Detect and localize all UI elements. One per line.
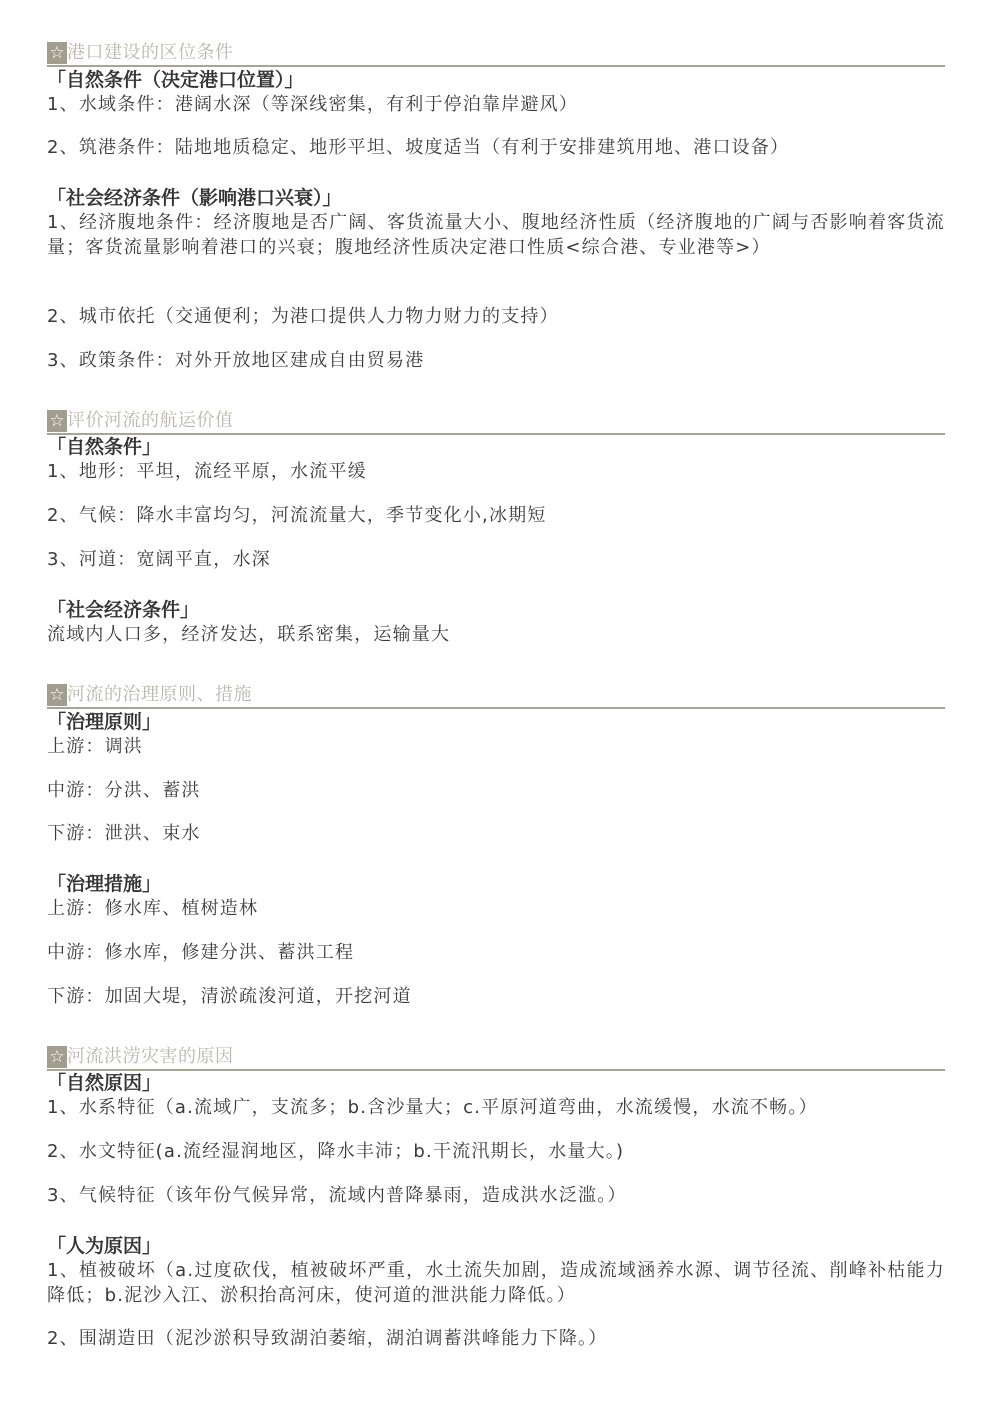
star-icon: ☆	[47, 1046, 67, 1068]
list-item: 3、河道：宽阔平直，水深	[47, 548, 947, 573]
document-page: ☆ 港口建设的区位条件 「自然条件（决定港口位置）」 1、水域条件：港阔水深（等…	[0, 0, 992, 1403]
list-item: 上游：修水库、植树造林	[47, 897, 947, 922]
list-item: 3、气候特征（该年份气候异常，流域内普降暴雨，造成洪水泛滥。）	[47, 1184, 947, 1209]
section-header-flood-causes: ☆ 河流洪涝灾害的原因	[47, 1045, 945, 1071]
list-item: 2、筑港条件：陆地地质稳定、地形平坦、坡度适当（有利于安排建筑用地、港口设备）	[47, 136, 947, 161]
list-item: 1、水系特征（a.流域广，支流多；b.含沙量大；c.平原河道弯曲，水流缓慢，水流…	[47, 1096, 947, 1121]
section-header-river-navigation: ☆ 评价河流的航运价值	[47, 409, 945, 435]
star-icon: ☆	[47, 410, 67, 432]
group-heading-natural-causes: 「自然原因」	[47, 1071, 161, 1095]
section-title: 港口建设的区位条件	[67, 42, 234, 64]
list-item: 1、地形：平坦，流经平原，水流平缓	[47, 460, 947, 485]
list-item: 上游：调洪	[47, 735, 947, 760]
group-heading-measures: 「治理措施」	[47, 872, 161, 896]
section-title: 河流的治理原则、措施	[67, 684, 252, 706]
section-title: 河流洪涝灾害的原因	[67, 1046, 234, 1068]
group-heading-principles: 「治理原则」	[47, 710, 161, 734]
list-item: 1、水域条件：港阔水深（等深线密集，有利于停泊靠岸避风）	[47, 93, 947, 118]
list-item: 2、围湖造田（泥沙淤积导致湖泊萎缩，湖泊调蓄洪峰能力下降。）	[47, 1327, 947, 1352]
list-item: 3、政策条件：对外开放地区建成自由贸易港	[47, 349, 947, 374]
section-header-port-location: ☆ 港口建设的区位条件	[47, 41, 945, 67]
list-item: 2、城市依托（交通便利；为港口提供人力物力财力的支持）	[47, 305, 947, 330]
star-icon: ☆	[47, 684, 67, 706]
star-icon: ☆	[47, 42, 67, 64]
group-heading-natural-conditions: 「自然条件（决定港口位置）」	[47, 68, 304, 92]
list-item: 1、经济腹地条件：经济腹地是否广阔、客货流量大小、腹地经济性质（经济腹地的广阔与…	[47, 211, 945, 260]
list-item: 中游：分洪、蓄洪	[47, 779, 947, 804]
list-item: 中游：修水库，修建分洪、蓄洪工程	[47, 941, 947, 966]
group-heading-socioeconomic-conditions: 「社会经济条件」	[47, 598, 199, 622]
section-title: 评价河流的航运价值	[67, 410, 234, 432]
list-item: 流域内人口多，经济发达，联系密集，运输量大	[47, 623, 947, 648]
group-heading-human-causes: 「人为原因」	[47, 1234, 161, 1258]
group-heading-socioeconomic-conditions: 「社会经济条件（影响港口兴衰）」	[47, 186, 342, 210]
list-item: 2、气候：降水丰富均匀，河流流量大，季节变化小,冰期短	[47, 504, 947, 529]
list-item: 下游：加固大堤，清淤疏浚河道，开挖河道	[47, 985, 947, 1010]
list-item: 下游：泄洪、束水	[47, 822, 947, 847]
section-header-river-management: ☆ 河流的治理原则、措施	[47, 683, 945, 709]
group-heading-natural-conditions: 「自然条件」	[47, 435, 161, 459]
list-item: 2、水文特征(a.流经湿润地区，降水丰沛；b.干流汛期长，水量大。)	[47, 1140, 947, 1165]
list-item: 1、植被破坏（a.过度砍伐，植被破坏严重，水土流失加剧，造成流域涵养水源、调节径…	[47, 1259, 945, 1308]
